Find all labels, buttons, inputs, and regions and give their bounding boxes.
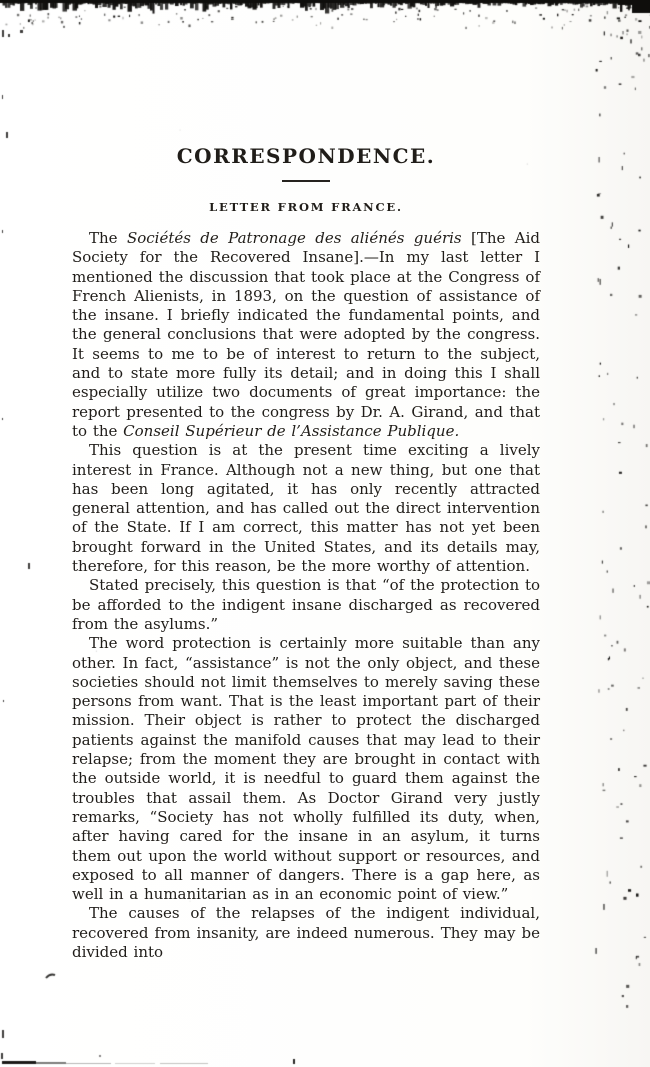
- body-text: [The Aid Society for the Recovered Insan…: [72, 229, 540, 440]
- body-text: The: [89, 229, 127, 247]
- paragraph: This question is at the present time exc…: [72, 441, 540, 576]
- paragraph: Stated precisely, this question is that …: [72, 576, 540, 634]
- paragraph: The causes of the relapses of the indige…: [72, 904, 540, 962]
- body-text: The causes of the relapses of the indige…: [72, 904, 540, 961]
- paragraph: The Sociétés de Patronage des aliénés gu…: [72, 229, 540, 441]
- page-title: CORRESPONDENCE.: [72, 144, 540, 168]
- paragraphs: The Sociétés de Patronage des aliénés gu…: [72, 229, 540, 962]
- paragraph: The word protection is certainly more su…: [72, 634, 540, 904]
- body-text: This question is at the present time exc…: [72, 441, 540, 575]
- body-text: Stated precisely, this question is that …: [72, 576, 540, 633]
- body-text: The word protection is certainly more su…: [72, 634, 540, 903]
- scanned-page: CORRESPONDENCE. LETTER FROM FRANCE. The …: [0, 0, 650, 1067]
- italic-text: Conseil Supérieur de l’Assistance Publiq…: [123, 422, 459, 440]
- decorative-rule: [282, 180, 330, 182]
- section-title: LETTER FROM FRANCE.: [72, 200, 540, 214]
- page-content: CORRESPONDENCE. LETTER FROM FRANCE. The …: [72, 144, 540, 962]
- italic-text: Sociétés de Patronage des aliénés guéris: [127, 229, 462, 247]
